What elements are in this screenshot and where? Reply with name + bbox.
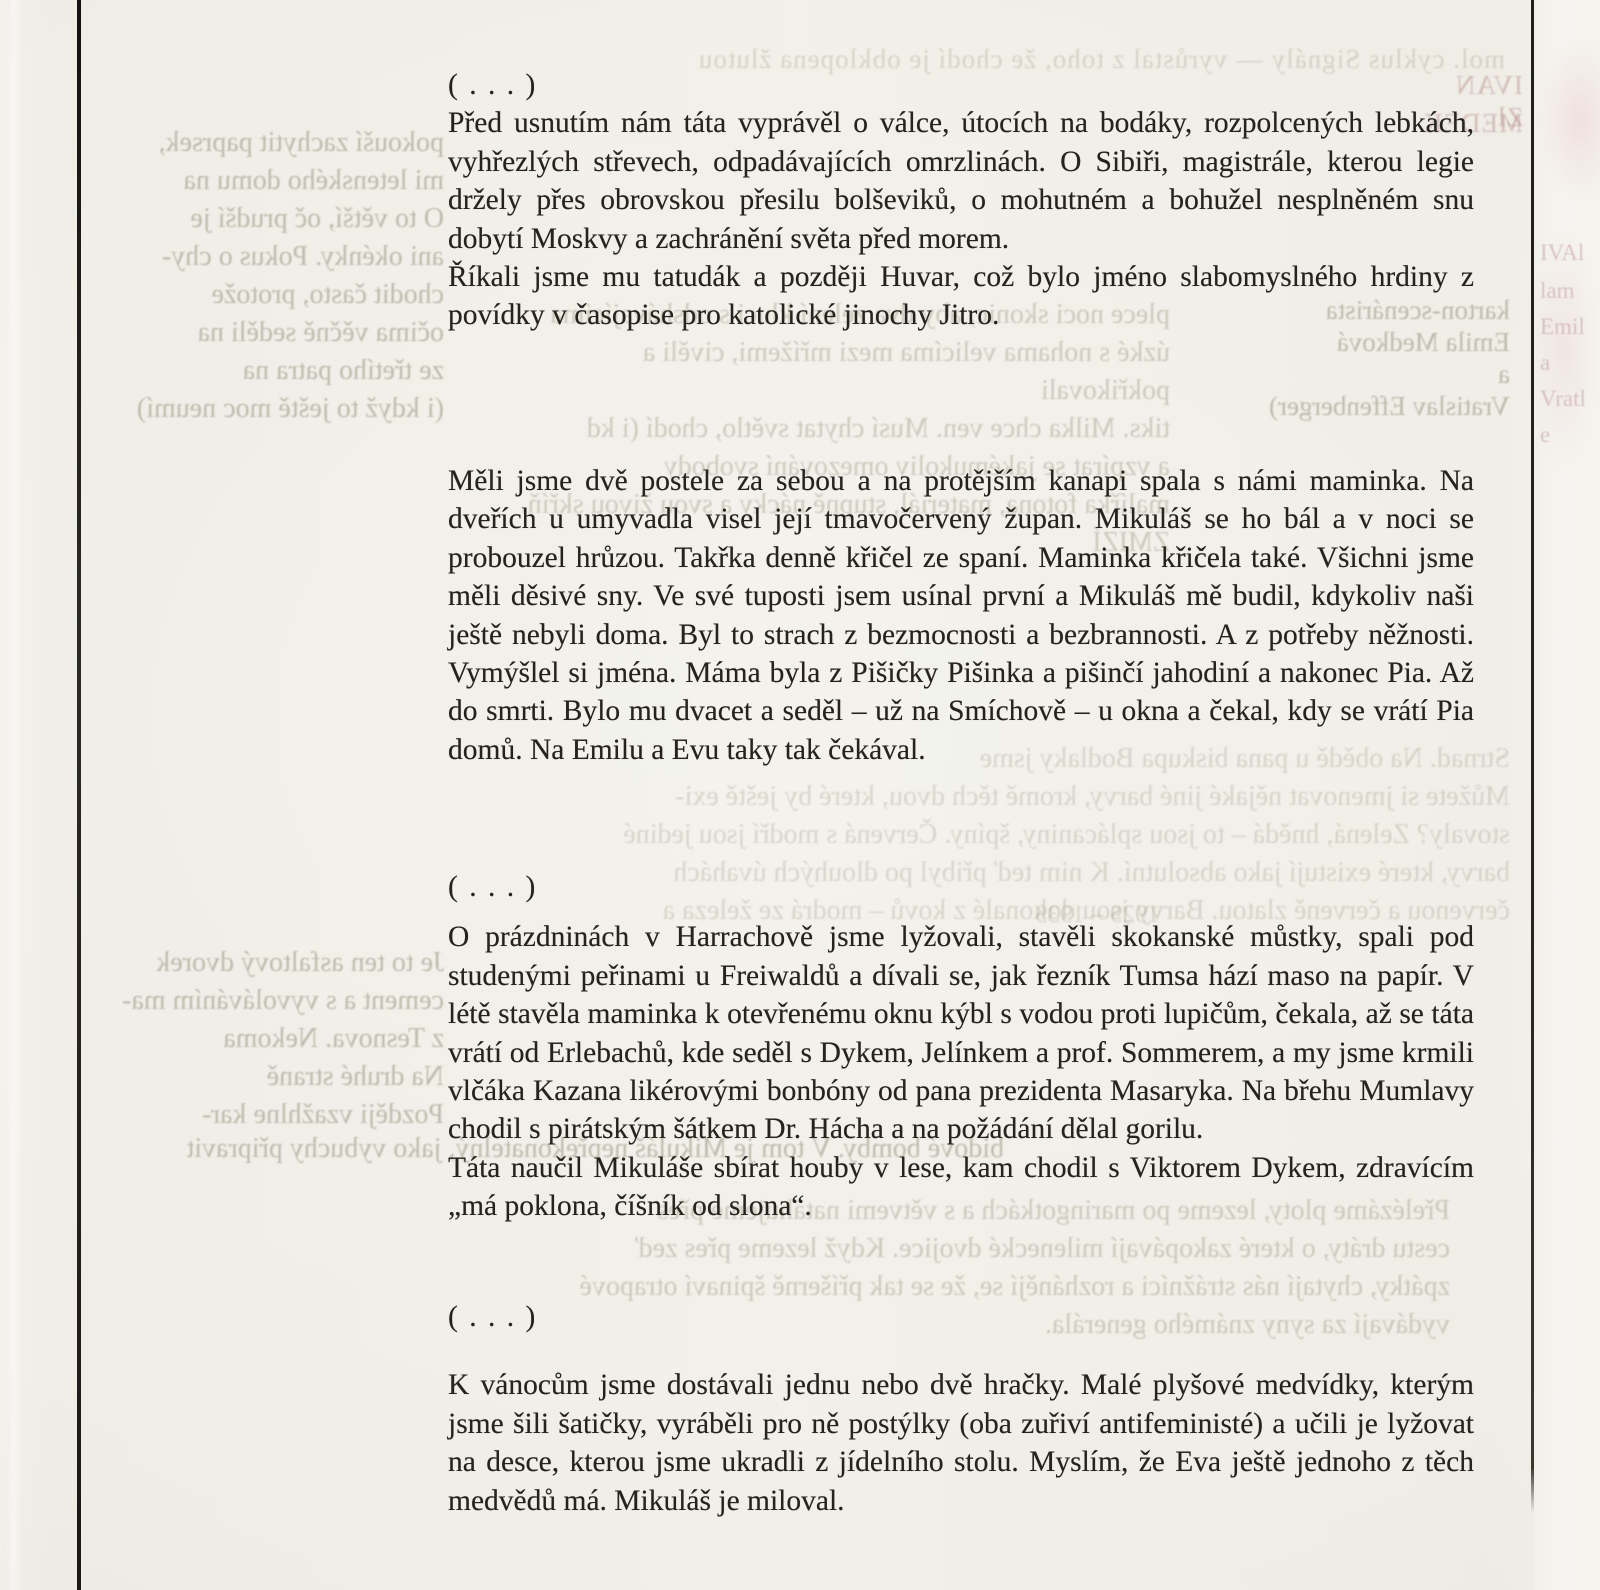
body-paragraph: O prázdninách v Harrachově jsme lyžovali… [448, 918, 1474, 1148]
text-section-2: Měli jsme dvě postele za sebou a na prot… [448, 462, 1474, 769]
showthrough-line: stovaly? Zelená, hnědá – to jsou splácan… [520, 816, 1510, 854]
text-section-4: ( . . . ) K vánocům jsme dostávali jednu… [448, 1298, 1474, 1520]
showthrough-line: tiks. Milka chce ven. Musí chytat světlo… [520, 410, 1170, 448]
showthrough-line: cestu dráty, o které zakopávají mileneck… [120, 1230, 1450, 1268]
ellipsis-marker: ( . . . ) [448, 868, 1474, 906]
body-paragraph: K vánocům jsme dostávali jednu nebo dvě … [448, 1366, 1474, 1520]
showthrough-line: Později vzažhlne kar- [104, 1096, 444, 1134]
showthrough-line: očima věčně seděli na [96, 314, 444, 352]
showthrough-line: Můžete si jmenovat nějaké jiné barvy, kr… [520, 778, 1510, 816]
ellipsis-marker: ( . . . ) [448, 1298, 1474, 1336]
showthrough-line: ze třetího patra na [96, 352, 444, 390]
text-section-3: ( . . . ) O prázdninách v Harrachově jsm… [448, 868, 1474, 1226]
showthrough-line: Vratislav Effenberger) [1210, 390, 1510, 422]
facing-page-fragment: a [1540, 350, 1598, 376]
scanned-book-page: { "document": { "kind": "book-page-scan"… [0, 0, 1600, 1590]
showthrough-line: cement a s vyvoláváním ma- [104, 982, 444, 1020]
showthrough-line: chodit často, protože [96, 276, 444, 314]
ellipsis-marker: ( . . . ) [448, 66, 1474, 104]
showthrough-left-block-1: pokouší zachytit paprsek, mi letenského … [96, 124, 444, 428]
showthrough-line: O to větší, oč prudší je [96, 200, 444, 238]
facing-page-fragment: e [1540, 422, 1598, 448]
page-fold-highlight [6, 0, 22, 1590]
showthrough-line: Na druhé straně [104, 1058, 444, 1096]
facing-page-fragment: Vratl [1540, 386, 1598, 412]
facing-page-fragment: IVAl [1540, 240, 1598, 266]
showthrough-line: z Tesnova. Nekoma [104, 1020, 444, 1058]
body-paragraph: Měli jsme dvě postele za sebou a na prot… [448, 462, 1474, 769]
showthrough-line: (i když to ještě moc neumí) [96, 390, 444, 428]
facing-page-fragment: lam [1540, 278, 1598, 304]
showthrough-line: pokouší zachytit paprsek, [96, 124, 444, 162]
text-section-1: ( . . . ) Před usnutím nám táta vyprávěl… [448, 66, 1474, 335]
showthrough-author-fragment: Zl [1468, 98, 1523, 136]
facing-page-edge [1534, 0, 1600, 1590]
showthrough-line: mi letenského domu na [96, 162, 444, 200]
body-paragraph: Před usnutím nám táta vyprávěl o válce, … [448, 104, 1474, 258]
showthrough-line: ani okénky. Pokus o chy- [96, 238, 444, 276]
right-gutter-rule [1531, 0, 1534, 1513]
showthrough-left-block-2: Je to ten asfaltový dvorek cement a s vy… [104, 944, 444, 1134]
showthrough-line: Je to ten asfaltový dvorek [104, 944, 444, 982]
showthrough-line: úzké s nohama velicíma mezi mřížemi, civ… [520, 334, 1170, 410]
showthrough-line: a [1210, 358, 1510, 390]
body-paragraph: Říkali jsme mu tatudák a později Huvar, … [448, 258, 1474, 335]
body-paragraph: Táta naučil Mikuláše sbírat houby v lese… [448, 1149, 1474, 1226]
left-gutter-rule [77, 0, 81, 1590]
facing-page-fragment: Emil [1540, 314, 1598, 340]
